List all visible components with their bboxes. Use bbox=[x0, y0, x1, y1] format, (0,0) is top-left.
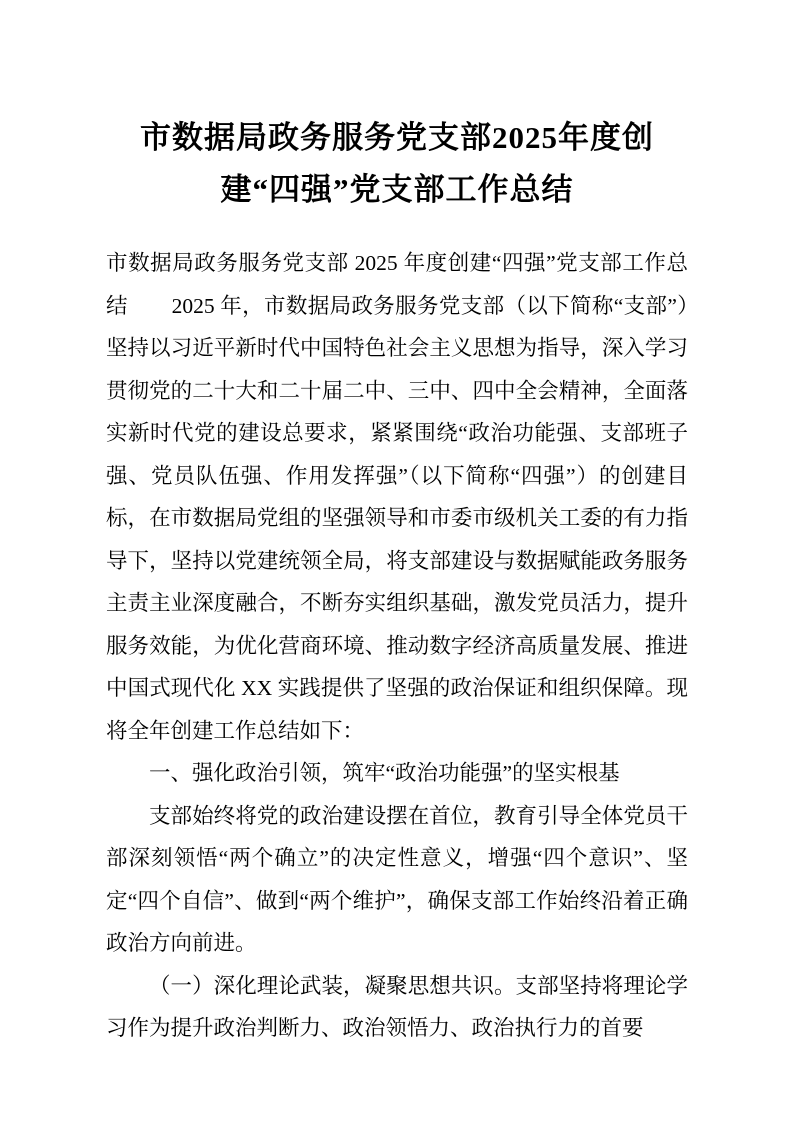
section-heading-1: 一、强化政治引领，筑牢“政治功能强”的坚实根基 bbox=[106, 752, 688, 795]
paragraph-intro: 市数据局政务服务党支部 2025 年度创建“四强”党支部工作总结 2025 年，… bbox=[106, 242, 688, 752]
document-title: 市数据局政务服务党支部2025年度创建“四强”党支部工作总结 bbox=[106, 112, 688, 216]
document-page: 市数据局政务服务党支部2025年度创建“四强”党支部工作总结 市数据局政务服务党… bbox=[0, 0, 793, 1122]
paragraph-section-1-body: 支部始终将党的政治建设摆在首位，教育引导全体党员干部深刻领悟“两个确立”的决定性… bbox=[106, 795, 688, 965]
paragraph-subsection-1-1: （一）深化理论武装，凝聚思想共识。支部坚持将理论学习作为提升政治判断力、政治领悟… bbox=[106, 965, 688, 1050]
